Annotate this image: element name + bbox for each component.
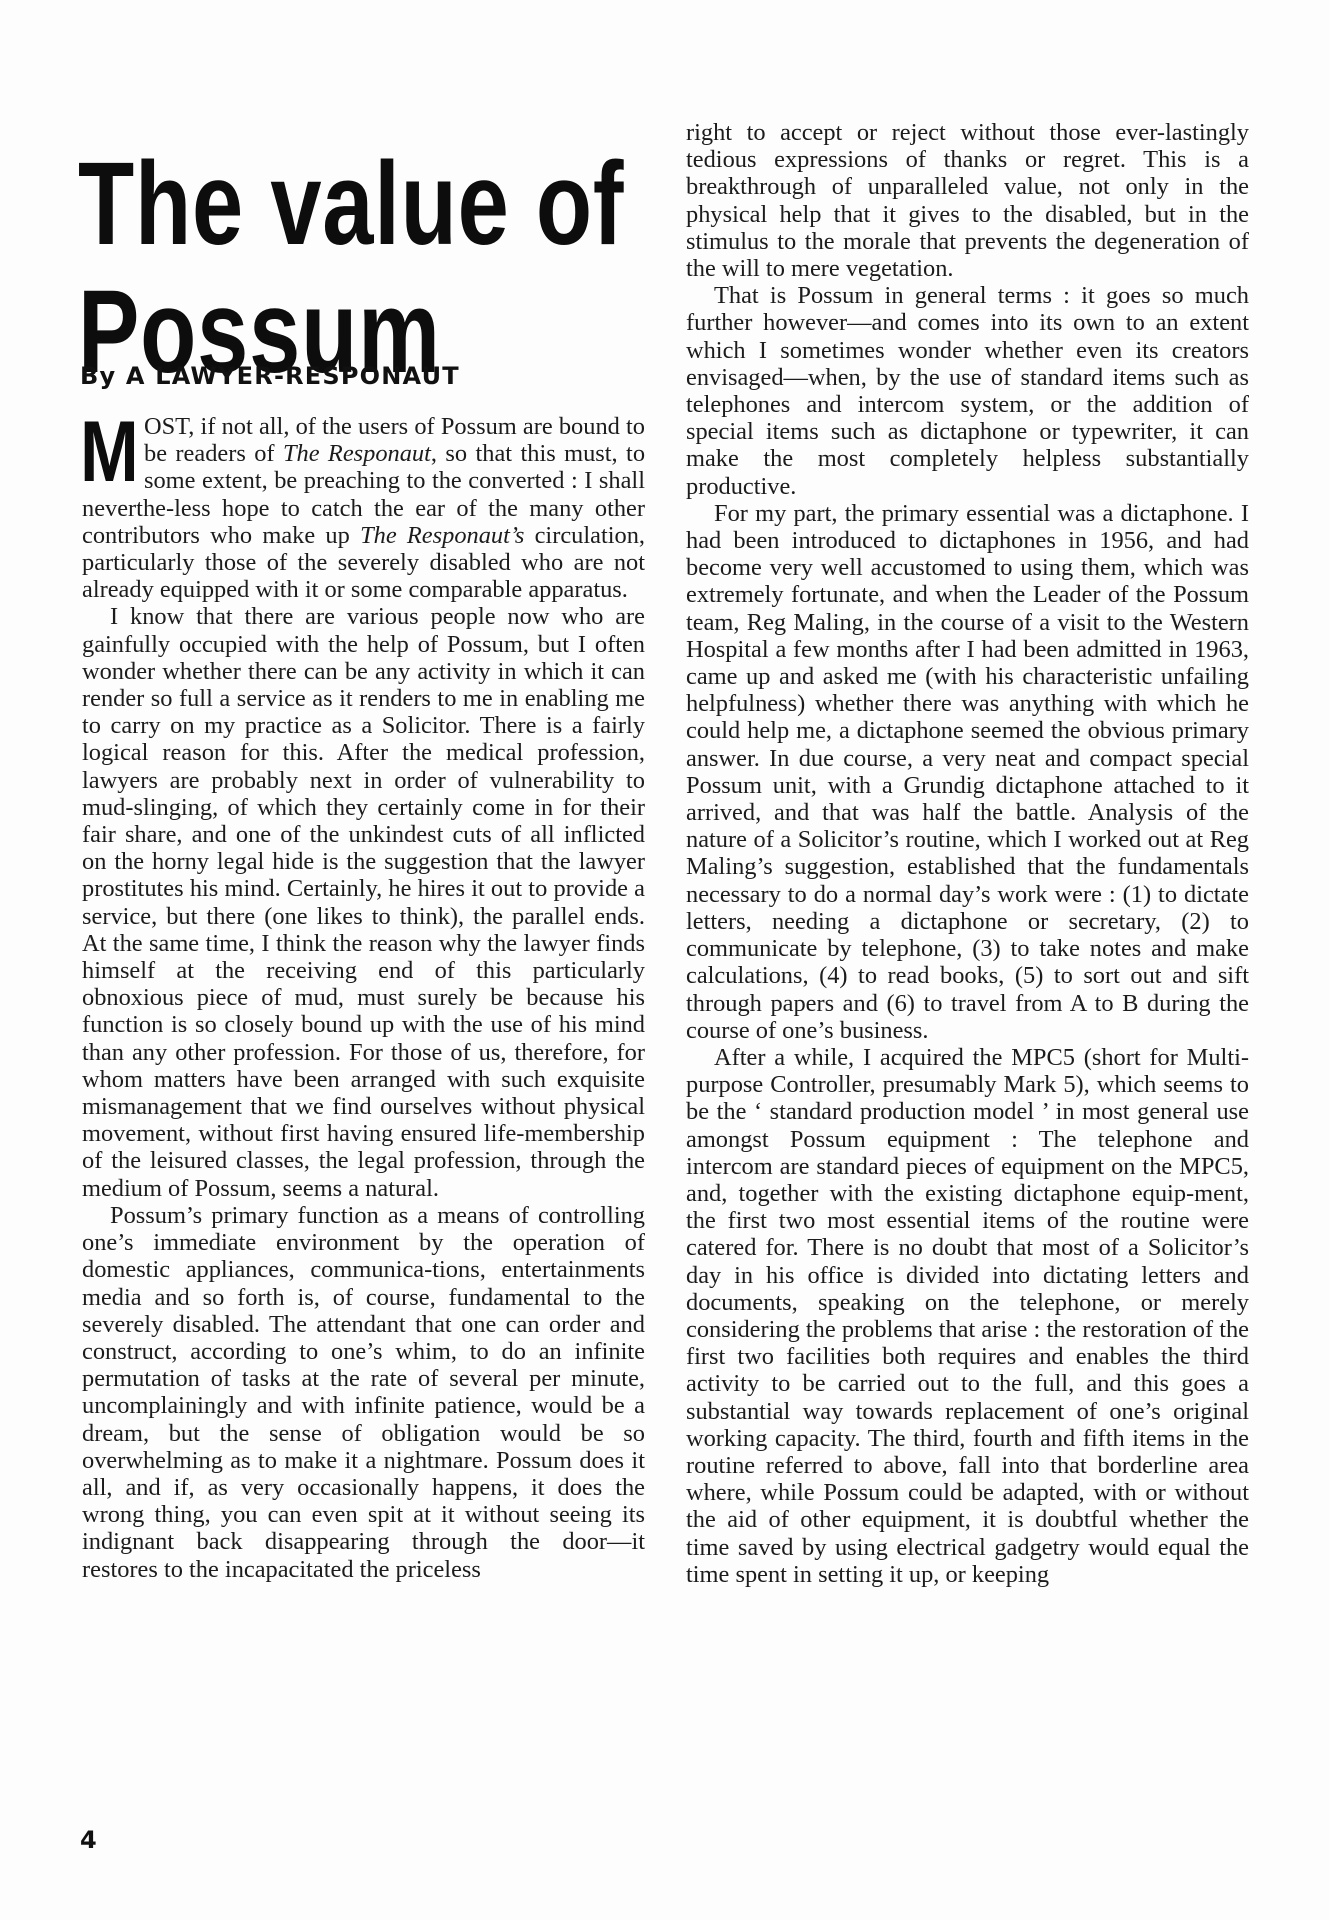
magazine-page: The value of Possum By A LAWYER-RESPONAU… [0, 0, 1330, 1920]
paragraph-3: Possum’s primary function as a means of … [82, 1202, 645, 1583]
paragraph-5: For my part, the primary essential was a… [686, 500, 1249, 1044]
publication-name-possessive: The Responaut’s [360, 522, 524, 549]
paragraph-2: I know that there are various people now… [82, 603, 645, 1201]
paragraph-continued: right to accept or reject without those … [686, 119, 1249, 282]
paragraph-6: After a while, I acquired the MPC5 (shor… [686, 1044, 1249, 1588]
paragraph-1: MOST, if not all, of the users of Possum… [82, 413, 645, 603]
title-line-1: The value of [78, 140, 624, 268]
byline: By A LAWYER-RESPONAUT [80, 362, 460, 390]
page-number: 4 [80, 1826, 97, 1854]
paragraph-4: That is Possum in general terms : it goe… [686, 282, 1249, 500]
publication-name: The Responaut [283, 440, 431, 467]
article-title: The value of Possum [78, 140, 624, 396]
left-column: MOST, if not all, of the users of Possum… [82, 413, 645, 1583]
drop-cap: M [80, 420, 129, 484]
right-column: right to accept or reject without those … [686, 119, 1249, 1588]
